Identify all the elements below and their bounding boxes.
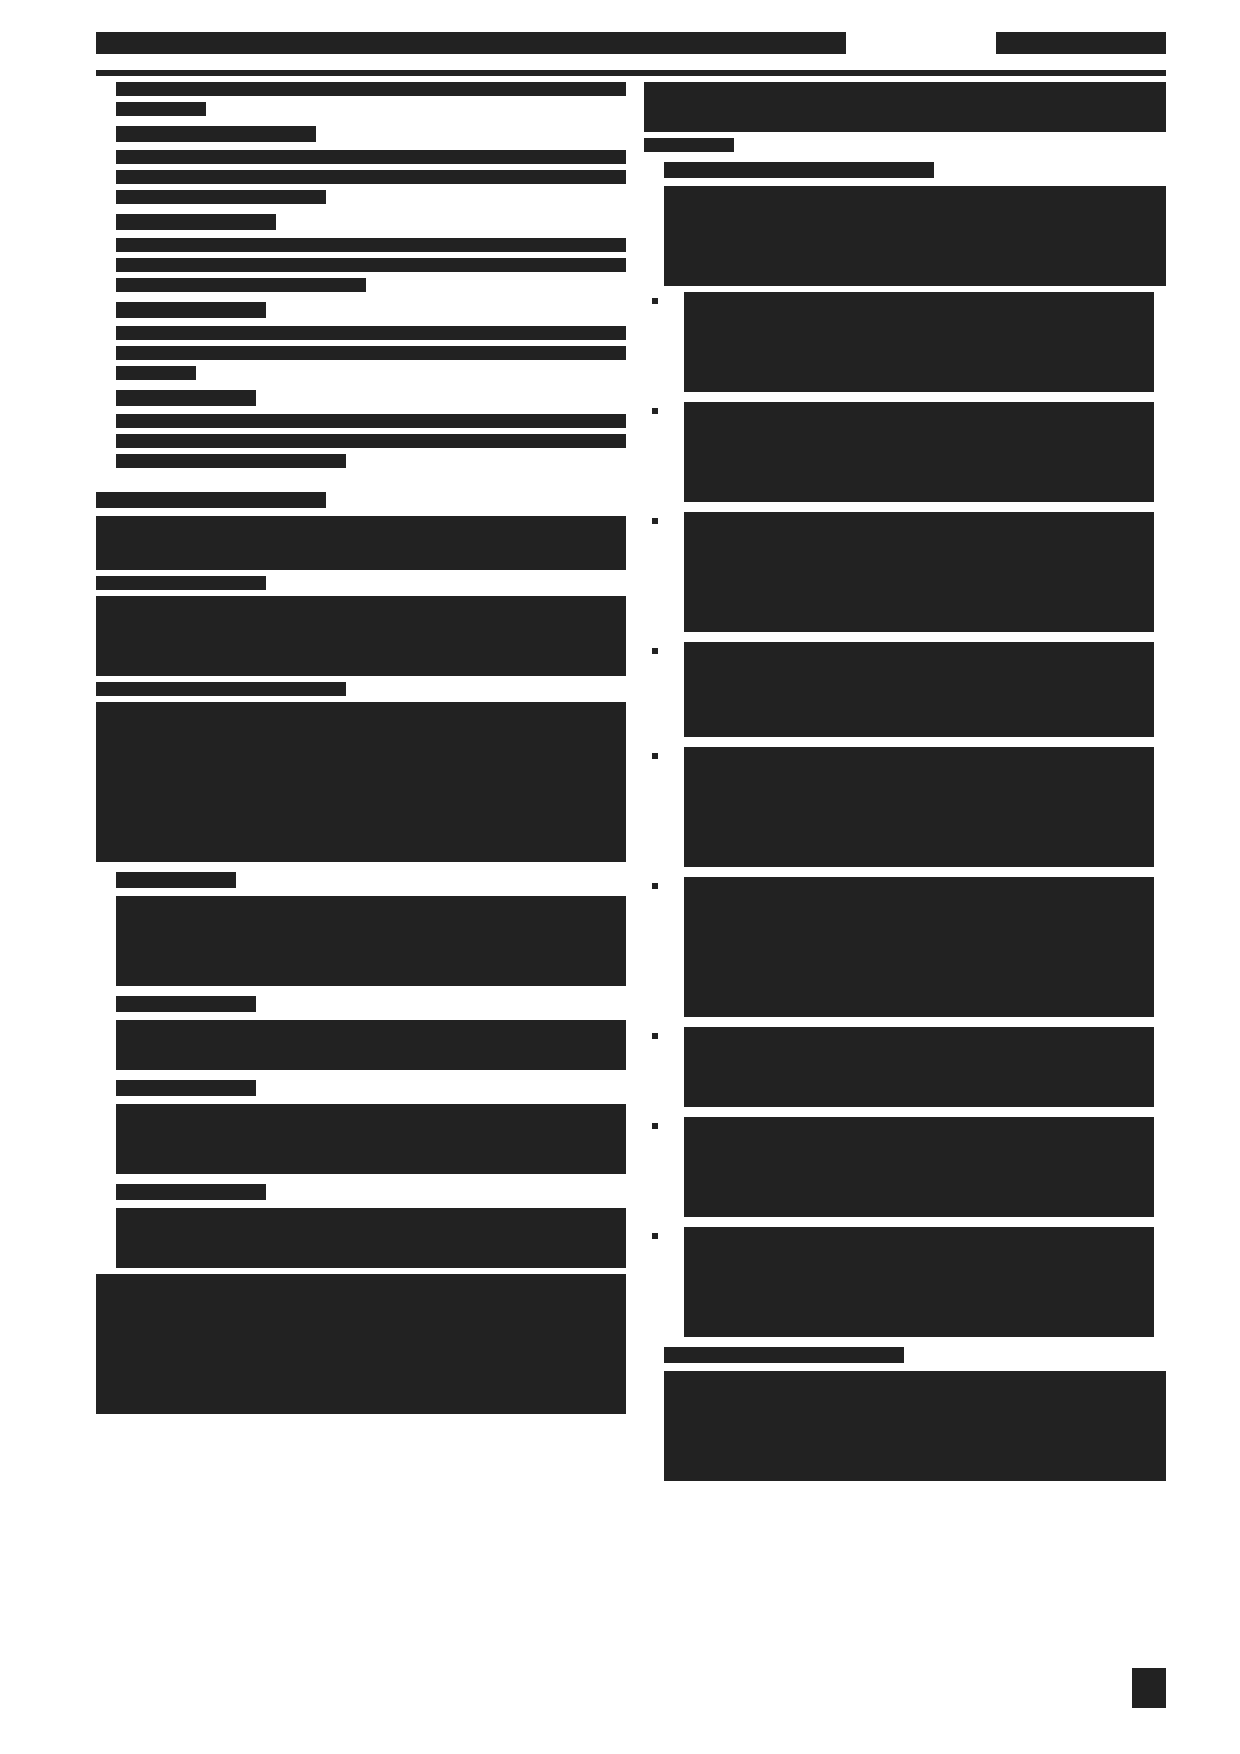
bullet-list: [redacted bullet 1] [redacted bullet 2] … xyxy=(644,292,1166,1337)
left-column: [redacted text] [redacted subsection hea… xyxy=(96,82,626,1420)
paragraph: [redacted paragraph] xyxy=(96,516,626,590)
bullet-item: [redacted bullet 9] xyxy=(644,1227,1166,1337)
numbered-item: [redacted item 4][redacted text] xyxy=(116,1184,626,1268)
bullet-item: [redacted bullet 2] xyxy=(644,402,1166,502)
subsection-heading: [redacted subsection heading 3] xyxy=(116,302,266,318)
section-heading: [redacted section heading] xyxy=(664,162,934,178)
subsection: [redacted subsection heading 4] [redacte… xyxy=(96,390,626,468)
bullet-icon xyxy=(652,1233,658,1239)
journal-code: [redacted] xyxy=(996,32,1166,54)
section-heading: [redacted section heading] xyxy=(96,492,326,508)
bullet-icon xyxy=(652,408,658,414)
subsection-heading: [redacted subsection heading 2] xyxy=(116,214,276,230)
subsection: [redacted subsection heading 3] [redacte… xyxy=(96,302,626,380)
page-number: [redacted] xyxy=(1132,1668,1166,1708)
closing-paragraph: [redacted paragraph] xyxy=(96,1274,626,1414)
running-title: [redacted running title] xyxy=(96,32,846,54)
intro-paragraph: [redacted text] xyxy=(96,82,626,116)
header-rule xyxy=(96,70,1166,76)
document-page: [redacted running title] [redacted] [red… xyxy=(96,28,1166,1708)
section-heading: [redacted section heading] xyxy=(664,1347,904,1363)
bullet-item: [redacted bullet 1] xyxy=(644,292,1166,392)
bullet-item: [redacted bullet 3] xyxy=(644,512,1166,632)
bullet-icon xyxy=(652,1123,658,1129)
subsection-heading: [redacted subsection heading 1] xyxy=(116,126,316,142)
bullet-icon xyxy=(652,298,658,304)
paragraph: [redacted paragraph] xyxy=(96,702,626,862)
bullet-icon xyxy=(652,648,658,654)
bullet-item: [redacted bullet 5] xyxy=(644,747,1166,867)
section-paragraph: [redacted paragraph] xyxy=(644,1371,1166,1481)
numbered-item: [redacted item 1][redacted text] xyxy=(116,872,626,986)
bullet-icon xyxy=(652,753,658,759)
subsection: [redacted subsection heading 1] [redacte… xyxy=(96,126,626,204)
bullet-item: [redacted bullet 6] xyxy=(644,877,1166,1017)
numbered-item: [redacted item 2][redacted text] xyxy=(116,996,626,1070)
subsection-heading: [redacted subsection heading 4] xyxy=(116,390,256,406)
bullet-item: [redacted bullet 4] xyxy=(644,642,1166,737)
bullet-icon xyxy=(652,518,658,524)
bullet-item: [redacted bullet 7] xyxy=(644,1027,1166,1107)
right-column: [redacted text] [redacted section headin… xyxy=(644,82,1166,1487)
paragraph: [redacted paragraph] xyxy=(96,596,626,696)
bullet-item: [redacted bullet 8] xyxy=(644,1117,1166,1217)
numbered-item: [redacted item 3][redacted text] xyxy=(116,1080,626,1174)
subsection: [redacted subsection heading 2] [redacte… xyxy=(96,214,626,292)
bullet-icon xyxy=(652,1033,658,1039)
running-header: [redacted running title] [redacted] xyxy=(96,28,1166,58)
bullet-icon xyxy=(652,883,658,889)
section-paragraph: [redacted paragraph] xyxy=(644,186,1166,286)
intro-paragraph: [redacted text] xyxy=(644,82,1166,152)
numbered-list: [redacted item 1][redacted text] [redact… xyxy=(96,872,626,1268)
